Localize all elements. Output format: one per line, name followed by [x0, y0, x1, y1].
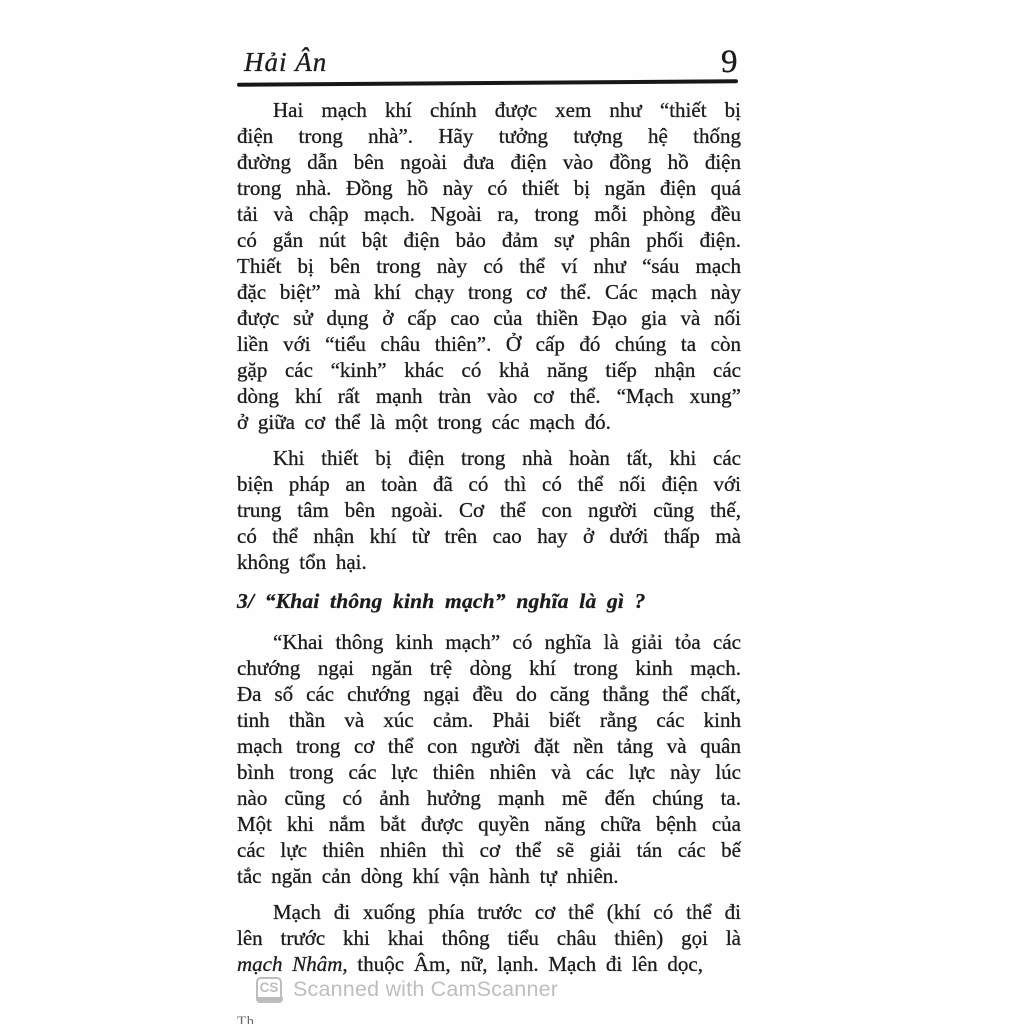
running-title: Hải Ân — [244, 47, 327, 77]
paragraph: “Khai thông kinh mạch” có nghĩa là giải … — [237, 629, 741, 889]
page-number: 9 — [721, 44, 738, 80]
paragraph: Khi thiết bị điện trong nhà hoàn tất, kh… — [237, 445, 741, 575]
camscanner-watermark: CS Scanned with CamScanner — [256, 977, 558, 1002]
paragraph: Hai mạch khí chính được xem như “thiết b… — [237, 97, 741, 435]
text-line: Hai mạch khí chính được xem như “thiết b… — [237, 97, 741, 123]
text-line: bình trong các lực thiên nhiên và các lự… — [237, 759, 741, 785]
text-line: được sử dụng ở cấp cao của thiền Đạo gia… — [237, 305, 741, 331]
text-line: đặc biệt” mà khí chạy trong cơ thể. Các … — [237, 279, 741, 305]
text-line: dòng khí rất mạnh tràn vào cơ thể. “Mạch… — [237, 383, 741, 409]
text-line: nào cũng có ảnh hưởng mạnh mẽ đến chúng … — [237, 785, 741, 811]
text-line: Một khi nắm bắt được quyền năng chữa bện… — [237, 811, 741, 837]
text-line: trong nhà. Đồng hồ này có thiết bị ngăn … — [237, 175, 741, 201]
text-line: mạch Nhâm, thuộc Âm, nữ, lạnh. Mạch đi l… — [237, 951, 741, 977]
text-line: liền với “tiểu châu thiên”. Ở cấp đó chú… — [237, 331, 741, 357]
text-line: tải và chập mạch. Ngoài ra, trong mỗi ph… — [237, 201, 741, 227]
text-line: tắc ngăn cản dòng khí vận hành tự nhiên. — [237, 863, 741, 889]
camscanner-logo-icon: CS — [256, 977, 282, 1002]
cutoff-text-fragment: Th — [237, 1014, 255, 1024]
text-line: Mạch đi xuống phía trước cơ thể (khí có … — [237, 899, 741, 925]
paragraph: Mạch đi xuống phía trước cơ thể (khí có … — [237, 899, 741, 977]
text-line: có gắn nút bật điện bảo đảm sự phân phối… — [237, 227, 741, 253]
text-line: điện trong nhà”. Hãy tưởng tượng hệ thốn… — [237, 123, 741, 149]
text-line: trung tâm bên ngoài. Cơ thể con người cũ… — [237, 497, 741, 523]
text-line: biện pháp an toàn đã có thì có thể nối đ… — [237, 471, 741, 497]
text-line: tinh thần và xúc cảm. Phải biết rằng các… — [237, 707, 741, 733]
text-line: đường dẫn bên ngoài đưa điện vào đồng hồ… — [237, 149, 741, 175]
text-line: gặp các “kinh” khác có khả năng tiếp nhậ… — [237, 357, 741, 383]
section-heading: 3/ “Khai thông kinh mạch” nghĩa là gì ? — [237, 588, 741, 614]
header-rule — [237, 79, 738, 86]
camscanner-text: Scanned with CamScanner — [293, 977, 558, 1002]
scanned-book-page: Hải Ân 9 Hai mạch khí chính được xem như… — [0, 0, 1024, 1024]
text-line: lên trước khi khai thông tiểu châu thiên… — [237, 925, 741, 951]
text-line: ở giữa cơ thể là một trong các mạch đó. — [237, 409, 741, 435]
text-column: Hai mạch khí chính được xem như “thiết b… — [237, 97, 741, 977]
text-line: chướng ngại ngăn trệ dòng khí trong kinh… — [237, 655, 741, 681]
text-line: mạch trong cơ thể con người đặt nền tảng… — [237, 733, 741, 759]
text-line: các lực thiên nhiên thì cơ thể sẽ giải t… — [237, 837, 741, 863]
text-line: Thiết bị bên trong này có thể ví như “sá… — [237, 253, 741, 279]
text-line: không tổn hại. — [237, 549, 741, 575]
text-line: “Khai thông kinh mạch” có nghĩa là giải … — [237, 629, 741, 655]
text-line: có thể nhận khí từ trên cao hay ở dưới t… — [237, 523, 741, 549]
text-line: Đa số các chướng ngại đều do căng thẳng … — [237, 681, 741, 707]
text-line: Khi thiết bị điện trong nhà hoàn tất, kh… — [237, 445, 741, 471]
